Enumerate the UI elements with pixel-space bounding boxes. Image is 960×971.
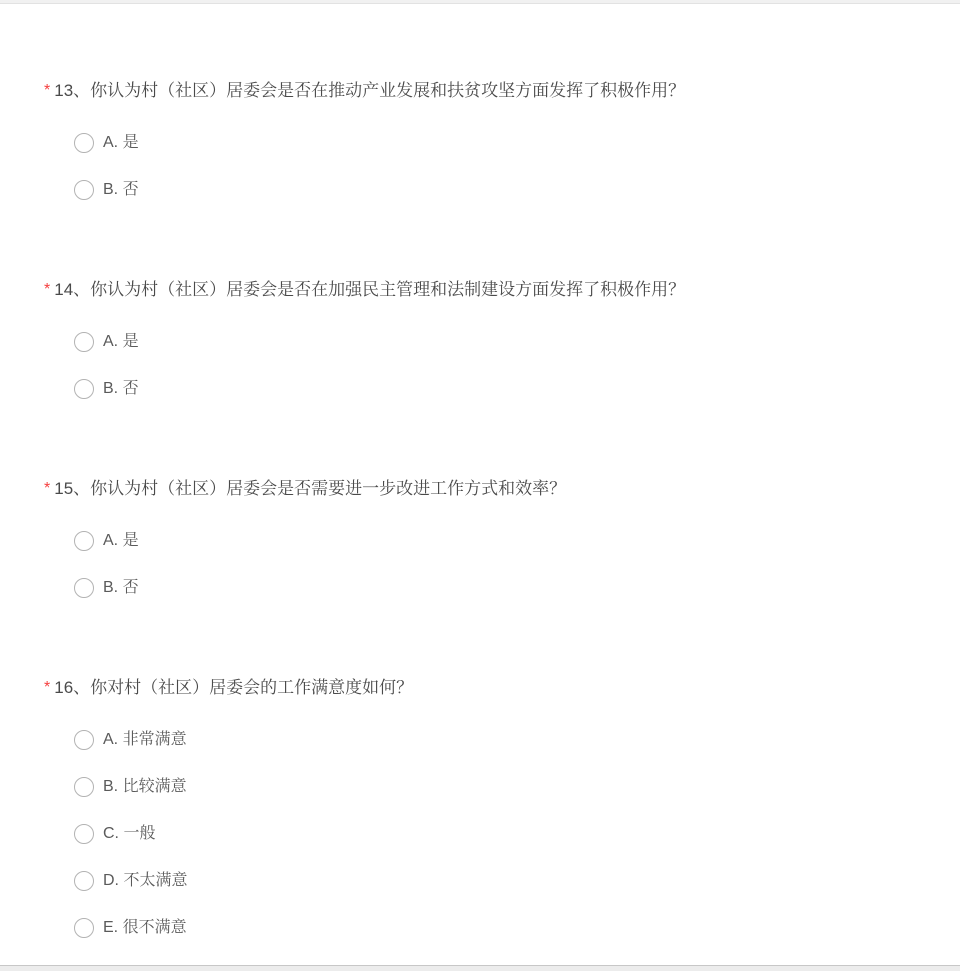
option-label[interactable]: B. 否 [103,577,139,599]
radio-button-icon[interactable] [74,871,94,891]
question-block-16: *16、你对村（社区）居委会的工作满意度如何？ A. 非常满意 B. 比较满意 … [44,676,920,951]
options-list: A. 是 B. 否 [44,119,920,213]
option-row[interactable]: B. 否 [74,166,920,213]
options-list: A. 是 B. 否 [44,517,920,611]
question-block-14: *14、你认为村（社区）居委会是否在加强民主管理和法制建设方面发挥了积极作用？ … [44,278,920,412]
options-list: A. 是 B. 否 [44,318,920,412]
option-row[interactable]: A. 非常满意 [74,716,920,763]
radio-button-icon[interactable] [74,777,94,797]
question-block-15: *15、你认为村（社区）居委会是否需要进一步改进工作方式和效率？ A. 是 B.… [44,477,920,611]
radio-button-icon[interactable] [74,332,94,352]
option-label[interactable]: A. 是 [103,331,139,353]
question-title: *13、你认为村（社区）居委会是否在推动产业发展和扶贫攻坚方面发挥了积极作用？ [44,79,920,103]
option-row[interactable]: A. 是 [74,119,920,166]
option-label[interactable]: A. 非常满意 [103,729,187,751]
option-label[interactable]: C. 一般 [103,823,155,845]
question-title: *15、你认为村（社区）居委会是否需要进一步改进工作方式和效率？ [44,477,920,501]
option-label[interactable]: D. 不太满意 [103,870,187,892]
radio-button-icon[interactable] [74,578,94,598]
survey-question-list: *13、你认为村（社区）居委会是否在推动产业发展和扶贫攻坚方面发挥了积极作用？ … [0,4,960,951]
option-row[interactable]: B. 否 [74,365,920,412]
option-row[interactable]: B. 比较满意 [74,763,920,810]
radio-button-icon[interactable] [74,918,94,938]
required-asterisk-icon: * [44,281,50,298]
option-label[interactable]: B. 比较满意 [103,776,187,798]
question-text: 16、你对村（社区）居委会的工作满意度如何？ [54,678,413,697]
question-text: 14、你认为村（社区）居委会是否在加强民主管理和法制建设方面发挥了积极作用？ [54,280,685,299]
option-label[interactable]: A. 是 [103,132,139,154]
required-asterisk-icon: * [44,480,50,497]
question-text: 15、你认为村（社区）居委会是否需要进一步改进工作方式和效率？ [54,479,566,498]
question-text: 13、你认为村（社区）居委会是否在推动产业发展和扶贫攻坚方面发挥了积极作用？ [54,81,685,100]
option-label[interactable]: B. 否 [103,179,139,201]
radio-button-icon[interactable] [74,379,94,399]
bottom-divider [0,965,960,971]
option-row[interactable]: D. 不太满意 [74,857,920,904]
option-row[interactable]: A. 是 [74,517,920,564]
option-label[interactable]: B. 否 [103,378,139,400]
option-row[interactable]: C. 一般 [74,810,920,857]
required-asterisk-icon: * [44,82,50,99]
radio-button-icon[interactable] [74,180,94,200]
option-row[interactable]: A. 是 [74,318,920,365]
radio-button-icon[interactable] [74,531,94,551]
question-title: *16、你对村（社区）居委会的工作满意度如何？ [44,676,920,700]
question-title: *14、你认为村（社区）居委会是否在加强民主管理和法制建设方面发挥了积极作用？ [44,278,920,302]
radio-button-icon[interactable] [74,824,94,844]
radio-button-icon[interactable] [74,730,94,750]
option-row[interactable]: B. 否 [74,564,920,611]
option-label[interactable]: E. 很不满意 [103,917,187,939]
required-asterisk-icon: * [44,679,50,696]
option-label[interactable]: A. 是 [103,530,139,552]
option-row[interactable]: E. 很不满意 [74,904,920,951]
question-block-13: *13、你认为村（社区）居委会是否在推动产业发展和扶贫攻坚方面发挥了积极作用？ … [44,79,920,213]
options-list: A. 非常满意 B. 比较满意 C. 一般 D. 不太满意 E. 很不满意 [44,716,920,951]
radio-button-icon[interactable] [74,133,94,153]
